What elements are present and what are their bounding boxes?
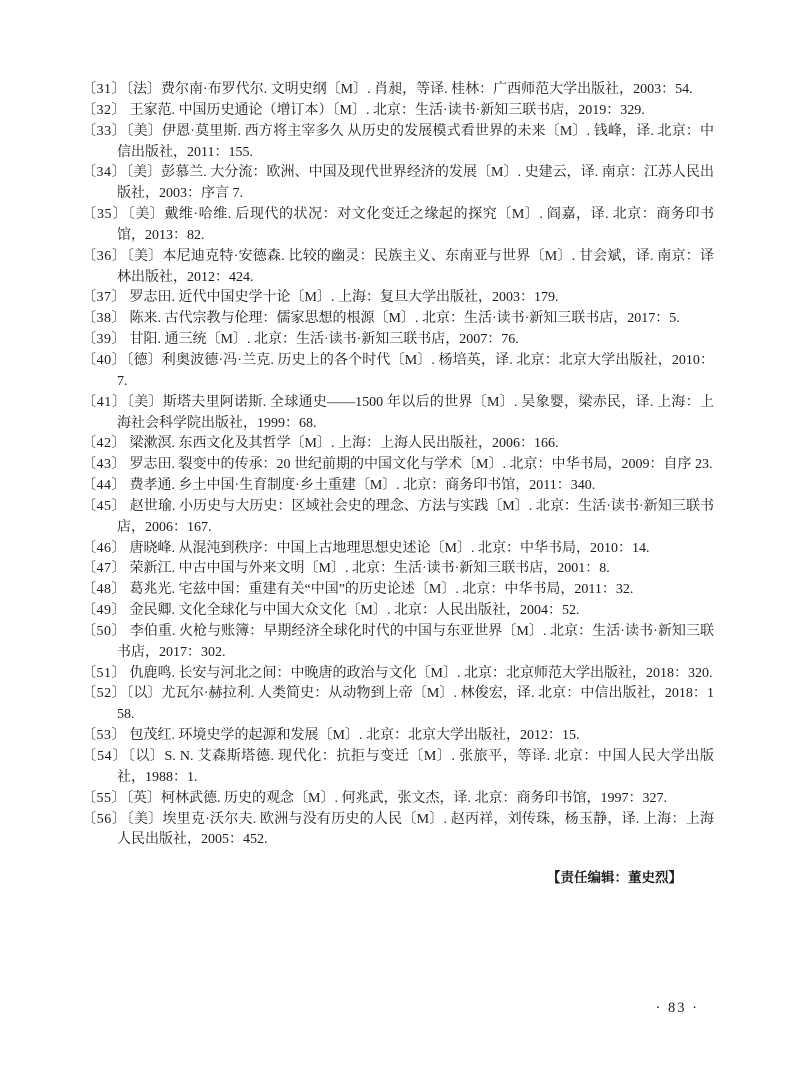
reference-number: 〔35〕 (82, 207, 128, 222)
reference-number: 〔43〕 (82, 457, 126, 472)
reference-number: 〔49〕 (82, 603, 126, 618)
document-page: 〔31〕〔法〕费尔南·布罗代尔. 文明史纲〔M〕. 肖昶，等译. 桂林：广西师范… (0, 0, 793, 1077)
reference-item: 〔44〕 费孝通. 乡土中国·生育制度·乡土重建〔M〕. 北京：商务印书馆，20… (82, 476, 714, 497)
reference-number: 〔48〕 (82, 582, 126, 597)
reference-number: 〔54〕 (82, 749, 128, 764)
reference-text: 荣新江. 中古中国与外来文明〔M〕. 北京：生活·读书·新知三联书店，2001：… (126, 561, 610, 576)
reference-text: 〔法〕费尔南·布罗代尔. 文明史纲〔M〕. 肖昶，等译. 桂林：广西师范大学出版… (126, 82, 693, 97)
reference-number: 〔52〕 (82, 686, 126, 701)
references-list: 〔31〕〔法〕费尔南·布罗代尔. 文明史纲〔M〕. 肖昶，等译. 桂林：广西师范… (82, 80, 714, 888)
reference-item: 〔51〕 仇鹿鸣. 长安与河北之间：中晚唐的政治与文化〔M〕. 北京：北京师范大… (82, 664, 714, 685)
reference-number: 〔47〕 (82, 561, 126, 576)
reference-item: 〔43〕 罗志田. 裂变中的传承：20 世纪前期的中国文化与学术〔M〕. 北京：… (82, 455, 714, 476)
reference-text: 陈来. 古代宗教与伦理：儒家思想的根源〔M〕. 北京：生活·读书·新知三联书店，… (126, 311, 680, 326)
reference-item: 〔33〕〔美〕伊恩·莫里斯. 西方将主宰多久 从历史的发展模式看世界的未来〔M〕… (82, 122, 714, 164)
reference-number: 〔40〕 (82, 353, 126, 368)
reference-number: 〔45〕 (82, 499, 126, 514)
reference-text: 〔德〕利奥波德·冯·兰克. 历史上的各个时代〔M〕. 杨培英，译. 北京：北京大… (117, 353, 714, 389)
reference-item: 〔56〕〔美〕埃里克·沃尔夫. 欧洲与没有历史的人民〔M〕. 赵丙祥，刘传珠，杨… (82, 810, 714, 852)
reference-number: 〔34〕 (82, 165, 126, 180)
reference-text: 〔以〕S. N. 艾森斯塔德. 现代化：抗拒与变迁〔M〕. 张旅平，等译. 北京… (117, 749, 714, 785)
reference-item: 〔36〕〔美〕本尼迪克特·安德森. 比较的幽灵：民族主义、东南亚与世界〔M〕. … (82, 247, 714, 289)
reference-item: 〔31〕〔法〕费尔南·布罗代尔. 文明史纲〔M〕. 肖昶，等译. 桂林：广西师范… (82, 80, 714, 101)
reference-number: 〔39〕 (82, 332, 126, 347)
reference-item: 〔49〕 金民卿. 文化全球化与中国大众文化〔M〕. 北京：人民出版社，2004… (82, 601, 714, 622)
reference-text: 〔以〕尤瓦尔·赫拉利. 人类简史：从动物到上帝〔M〕. 林俊宏，译. 北京：中信… (117, 686, 714, 722)
reference-text: 〔美〕伊恩·莫里斯. 西方将主宰多久 从历史的发展模式看世界的未来〔M〕. 钱峰… (117, 124, 714, 160)
page-number: · 83 · (656, 999, 699, 1017)
reference-item: 〔52〕〔以〕尤瓦尔·赫拉利. 人类简史：从动物到上帝〔M〕. 林俊宏，译. 北… (82, 684, 714, 726)
editor-note: 【责任编辑：董史烈】 (82, 868, 714, 888)
reference-text: 李伯重. 火枪与账簿：早期经济全球化时代的中国与东亚世界〔M〕. 北京：生活·读… (117, 624, 714, 660)
reference-text: 葛兆光. 宅兹中国：重建有关“中国”的历史论述〔M〕. 北京：中华书局，2011… (126, 582, 633, 597)
reference-text: 王家范. 中国历史通论（增订本）〔M〕. 北京：生活·读书·新知三联书店，201… (126, 103, 645, 118)
reference-number: 〔37〕 (82, 290, 126, 305)
reference-text: 〔美〕彭慕兰. 大分流：欧洲、中国及现代世界经济的发展〔M〕. 史建云，译. 南… (117, 165, 714, 201)
reference-number: 〔31〕 (82, 82, 126, 97)
reference-text: 费孝通. 乡土中国·生育制度·乡土重建〔M〕. 北京：商务印书馆，2011：34… (126, 478, 595, 493)
reference-number: 〔50〕 (82, 624, 126, 639)
reference-item: 〔47〕 荣新江. 中古中国与外来文明〔M〕. 北京：生活·读书·新知三联书店，… (82, 559, 714, 580)
reference-number: 〔36〕 (82, 249, 127, 264)
reference-number: 〔32〕 (82, 103, 126, 118)
reference-item: 〔50〕 李伯重. 火枪与账簿：早期经济全球化时代的中国与东亚世界〔M〕. 北京… (82, 622, 714, 664)
reference-item: 〔40〕〔德〕利奥波德·冯·兰克. 历史上的各个时代〔M〕. 杨培英，译. 北京… (82, 351, 714, 393)
reference-item: 〔42〕 梁漱溟. 东西文化及其哲学〔M〕. 上海：上海人民出版社，2006：1… (82, 434, 714, 455)
reference-item: 〔32〕 王家范. 中国历史通论（增订本）〔M〕. 北京：生活·读书·新知三联书… (82, 101, 714, 122)
reference-number: 〔44〕 (82, 478, 126, 493)
reference-item: 〔55〕〔英〕柯林武德. 历史的观念〔M〕. 何兆武，张文杰，译. 北京：商务印… (82, 789, 714, 810)
reference-item: 〔46〕 唐晓峰. 从混沌到秩序：中国上古地理思想史述论〔M〕. 北京：中华书局… (82, 539, 714, 560)
reference-text: 唐晓峰. 从混沌到秩序：中国上古地理思想史述论〔M〕. 北京：中华书局，2010… (126, 541, 649, 556)
reference-text: 金民卿. 文化全球化与中国大众文化〔M〕. 北京：人民出版社，2004：52. (126, 603, 579, 618)
reference-item: 〔39〕 甘阳. 通三统〔M〕. 北京：生活·读书·新知三联书店，2007：76… (82, 330, 714, 351)
reference-text: 梁漱溟. 东西文化及其哲学〔M〕. 上海：上海人民出版社，2006：166. (126, 436, 558, 451)
reference-text: 〔美〕斯塔夫里阿诺斯. 全球通史——1500 年以后的世界〔M〕. 吴象婴，梁赤… (117, 395, 714, 431)
reference-item: 〔53〕 包茂红. 环境史学的起源和发展〔M〕. 北京：北京大学出版社，2012… (82, 726, 714, 747)
reference-item: 〔37〕 罗志田. 近代中国史学十论〔M〕. 上海：复旦大学出版社，2003：1… (82, 288, 714, 309)
reference-text: 包茂红. 环境史学的起源和发展〔M〕. 北京：北京大学出版社，2012：15. (126, 728, 579, 743)
reference-text: 赵世瑜. 小历史与大历史：区域社会史的理念、方法与实践〔M〕. 北京：生活·读书… (117, 499, 714, 535)
reference-item: 〔38〕 陈来. 古代宗教与伦理：儒家思想的根源〔M〕. 北京：生活·读书·新知… (82, 309, 714, 330)
reference-number: 〔42〕 (82, 436, 126, 451)
reference-item: 〔34〕〔美〕彭慕兰. 大分流：欧洲、中国及现代世界经济的发展〔M〕. 史建云，… (82, 163, 714, 205)
reference-item: 〔48〕 葛兆光. 宅兹中国：重建有关“中国”的历史论述〔M〕. 北京：中华书局… (82, 580, 714, 601)
reference-number: 〔51〕 (82, 666, 126, 681)
reference-item: 〔54〕〔以〕S. N. 艾森斯塔德. 现代化：抗拒与变迁〔M〕. 张旅平，等译… (82, 747, 714, 789)
reference-text: 〔美〕本尼迪克特·安德森. 比较的幽灵：民族主义、东南亚与世界〔M〕. 甘会斌，… (117, 249, 714, 285)
reference-text: 仇鹿鸣. 长安与河北之间：中晚唐的政治与文化〔M〕. 北京：北京师范大学出版社，… (126, 666, 712, 681)
reference-number: 〔41〕 (82, 395, 127, 410)
reference-number: 〔56〕 (82, 812, 127, 827)
reference-number: 〔38〕 (82, 311, 126, 326)
reference-item: 〔35〕〔美〕戴维·哈维. 后现代的状况：对文化变迁之缘起的探究〔M〕. 阎嘉，… (82, 205, 714, 247)
reference-number: 〔53〕 (82, 728, 126, 743)
reference-number: 〔33〕 (82, 124, 126, 139)
reference-text: 〔美〕戴维·哈维. 后现代的状况：对文化变迁之缘起的探究〔M〕. 阎嘉，译. 北… (117, 207, 714, 243)
reference-number: 〔46〕 (82, 541, 126, 556)
reference-text: 罗志田. 近代中国史学十论〔M〕. 上海：复旦大学出版社，2003：179. (126, 290, 558, 305)
reference-text: 〔美〕埃里克·沃尔夫. 欧洲与没有历史的人民〔M〕. 赵丙祥，刘传珠，杨玉静，译… (117, 812, 714, 848)
reference-item: 〔41〕〔美〕斯塔夫里阿诺斯. 全球通史——1500 年以后的世界〔M〕. 吴象… (82, 393, 714, 435)
reference-item: 〔45〕 赵世瑜. 小历史与大历史：区域社会史的理念、方法与实践〔M〕. 北京：… (82, 497, 714, 539)
reference-number: 〔55〕 (82, 791, 126, 806)
reference-text: 罗志田. 裂变中的传承：20 世纪前期的中国文化与学术〔M〕. 北京：中华书局，… (126, 457, 712, 472)
reference-text: 〔英〕柯林武德. 历史的观念〔M〕. 何兆武，张文杰，译. 北京：商务印书馆，1… (126, 791, 667, 806)
reference-text: 甘阳. 通三统〔M〕. 北京：生活·读书·新知三联书店，2007：76. (126, 332, 519, 347)
